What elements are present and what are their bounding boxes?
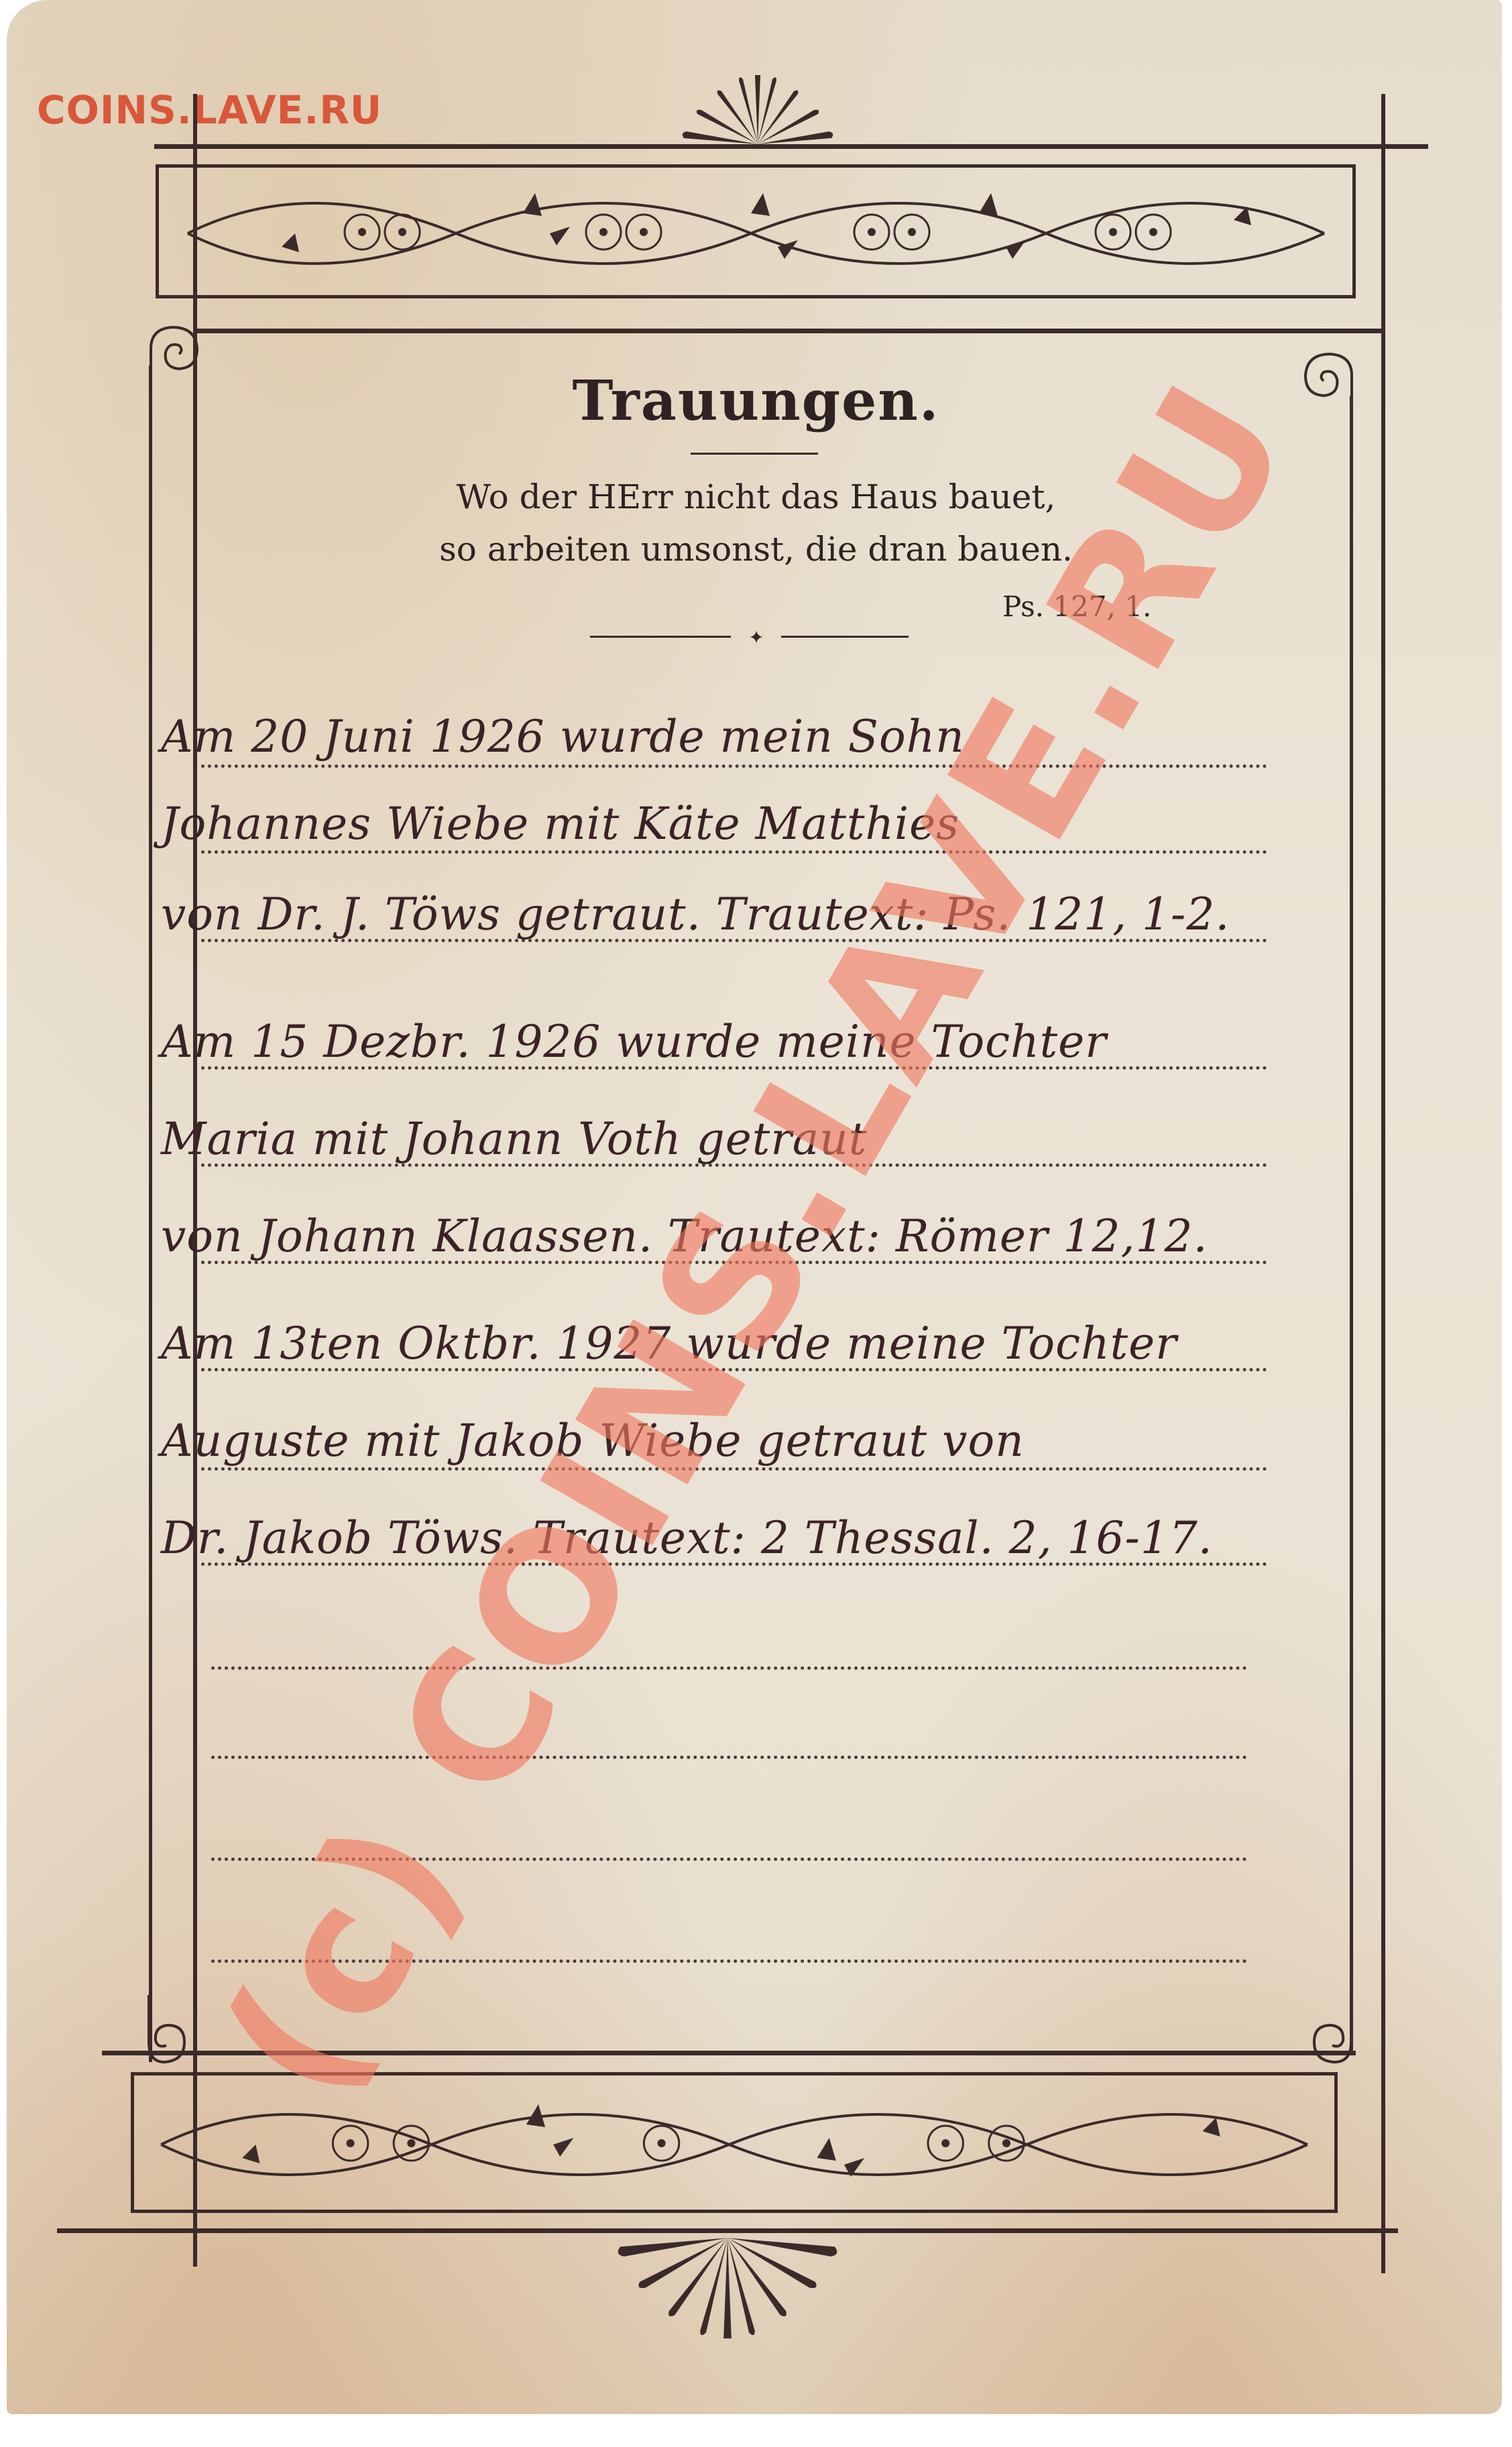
handwritten-line: Johannes Wiebe mit Käte Matthies bbox=[161, 798, 1354, 850]
scroll-corner-bottom-left-icon bbox=[127, 1995, 201, 2069]
sunburst-ornament-top bbox=[677, 74, 838, 148]
heading-underline bbox=[691, 453, 818, 455]
handwritten-line: von Dr. J. Töws getraut. Trautext: Ps. 1… bbox=[161, 889, 1354, 940]
verse-line-2: so arbeiten umsonst, die dran bauen. bbox=[0, 530, 1512, 569]
inner-frame-top-rule bbox=[194, 329, 1383, 333]
floral-vine-ornament-top bbox=[174, 173, 1338, 290]
handwritten-line: Dr. Jakob Töws. Trautext: 2 Thessal. 2, … bbox=[161, 1512, 1354, 1564]
verse-divider-left bbox=[590, 636, 731, 638]
empty-dotted-line bbox=[211, 1666, 1247, 1670]
page-heading: Trauungen. bbox=[0, 369, 1512, 433]
top-rule bbox=[154, 144, 1428, 149]
scroll-corner-bottom-right-icon bbox=[1281, 1995, 1354, 2069]
bottom-rule bbox=[57, 2228, 1398, 2233]
verse-divider-right bbox=[781, 636, 909, 638]
divider-ornament-icon: ✦ bbox=[736, 628, 776, 648]
inner-frame-left-line bbox=[149, 365, 152, 2062]
dotted-line bbox=[201, 850, 1267, 854]
watermark-corner: COINS.LAVE.RU bbox=[37, 87, 382, 133]
sunburst-ornament-bottom bbox=[577, 2233, 878, 2340]
